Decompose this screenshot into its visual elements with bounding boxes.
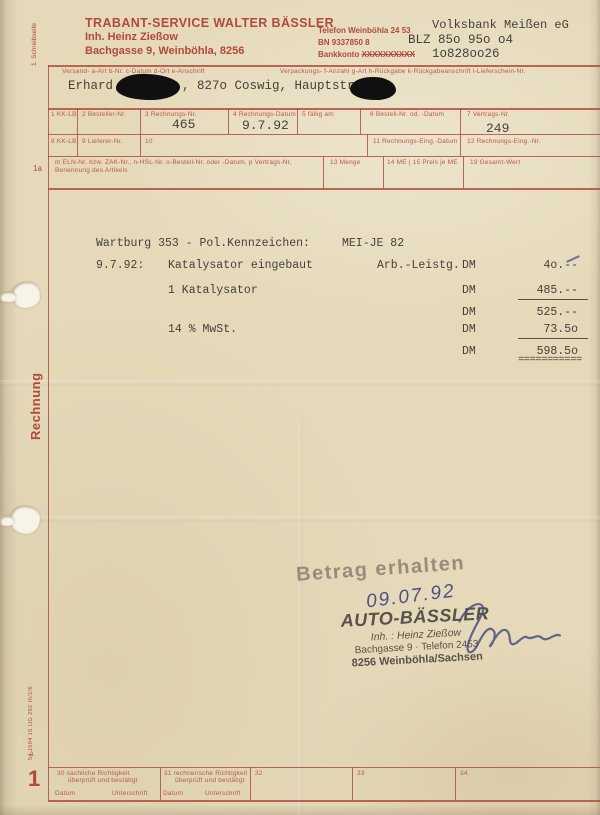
grid-line [463, 156, 464, 188]
company-bn: BN 9337850 8 [318, 38, 370, 47]
field-kklb-2: 8 KK-LB [51, 138, 77, 145]
margin-page-number: 1 [28, 766, 40, 792]
value-rechnungs-nr: 465 [172, 117, 195, 132]
field-30-line2: überprüft und bestätigt [68, 777, 138, 784]
field-preis-je-me: 14 ME | 15 Preis je ME [387, 159, 458, 166]
field-rechnungs-eing-datum: 11 Rechnungs-Eing.-Datum [373, 138, 458, 145]
item2-description: 1 Katalysator [168, 284, 258, 297]
grid-line [77, 134, 78, 156]
field-rechnungs-eing-nr: 12 Rechnungs-Eing.-Nr. [467, 138, 541, 145]
grid-line [352, 767, 353, 800]
field-33: 33 [357, 770, 365, 777]
total-double-rule: =========== [518, 354, 582, 366]
field-menge: 13 Menge [330, 159, 361, 166]
punch-hole-tear [0, 292, 16, 302]
field-besteller-nr: 2 Besteller-Nr. [82, 111, 126, 118]
field-rechnungs-datum: 4 Rechnungs-Datum [233, 111, 296, 118]
currency-dm: DM [462, 306, 476, 319]
grid-line [367, 134, 368, 156]
handwritten-signature [444, 574, 570, 678]
grid-line [48, 800, 600, 802]
grid-line [455, 767, 456, 800]
field-30-datum: Datum [55, 790, 75, 797]
value-rechnungs-datum: 9.7.92 [242, 118, 289, 133]
form-left-border [48, 65, 49, 801]
recipient-name: Erhard [68, 79, 113, 93]
grid-line [48, 108, 600, 110]
field-10: 10 [145, 138, 153, 145]
field-vertrags-nr: 7 Vertrags-Nr. [467, 111, 510, 118]
divider-line [48, 65, 600, 67]
scanned-invoice-page: TRABANT-SERVICE WALTER BÄSSLER Inh. Hein… [0, 0, 600, 815]
grid-line [228, 108, 229, 134]
doc-type-rechnung: Rechnung [28, 372, 43, 440]
vat-amount: 73.5o [500, 323, 578, 336]
field-bestell-nr: 6 Bestell-Nr. od. -Datum [370, 111, 444, 118]
service-date: 9.7.92: [96, 259, 144, 272]
field-31-line1: 31 rechnerische Richtigkeit [164, 770, 247, 777]
field-32: 32 [255, 770, 263, 777]
redaction-blob [116, 73, 181, 101]
bank-blz-typed: BLZ 85o 95o o4 [408, 33, 513, 47]
grid-line [48, 767, 600, 768]
grid-line [140, 134, 141, 156]
subtotal-amount: 525.-- [500, 306, 578, 319]
grid-line [48, 134, 600, 135]
vehicle-line: Wartburg 353 - Pol.Kennzeichen: [96, 237, 310, 250]
field-34: 34 [460, 770, 468, 777]
grid-line [160, 767, 161, 800]
item1-description: Katalysator eingebaut [168, 259, 313, 272]
punch-hole-tear [0, 516, 14, 526]
margin-line3: 3. [30, 752, 35, 758]
currency-dm: DM [462, 284, 476, 297]
grid-line [360, 108, 361, 134]
grid-line [250, 767, 251, 800]
field-artikel-line1: m ELN-Nr. bzw. ZAK-Nr., n-HSL-Nr. o-Best… [55, 159, 292, 166]
bank-account-label: Bankkonto [318, 50, 359, 59]
punch-hole [12, 282, 40, 308]
paper-crease [298, 420, 303, 815]
grid-line [77, 108, 78, 134]
field-kklb: 1 KK-LB [51, 111, 77, 118]
vat-label: 14 % MwSt. [168, 323, 237, 336]
recipient-address: , 827o Coswig, Hauptstr. [182, 79, 362, 93]
company-owner: Inh. Heinz Zießow [85, 31, 178, 43]
company-address: Bachgasse 9, Weinböhla, 8256 [85, 45, 244, 57]
license-plate: MEI-JE 82 [342, 237, 404, 250]
grid-line [383, 156, 384, 188]
margin-section-1a: 1a [33, 164, 42, 173]
grid-line [323, 156, 324, 188]
bank-account-typed: 1o828oo26 [432, 47, 500, 61]
field-31-unterschrift: Unterschrift [205, 790, 241, 797]
amount-underline [518, 299, 588, 300]
margin-schreibseite: 1. Schreibseite [31, 23, 38, 66]
grid-line [460, 108, 461, 134]
punch-hole [10, 506, 40, 534]
field-faellig-am: 5 fällig am [302, 111, 334, 118]
field-31-datum: Datum [163, 790, 183, 797]
margin-print-code: 54 1594 15 IJG 292 III/2/6 [28, 686, 34, 760]
field-30-unterschrift: Unterschrift [112, 790, 148, 797]
grid-line [140, 108, 141, 134]
grid-line [460, 134, 461, 156]
currency-dm: DM [462, 259, 476, 272]
field-31-line2: überprüft und bestätigt [175, 777, 245, 784]
bank-account-struck: XXXXXXXXXX [362, 50, 415, 59]
company-phone: Telefon Weinböhla 24 53 [318, 26, 411, 35]
bank-name-typed: Volksbank Meißen eG [432, 18, 569, 32]
amount-underline [518, 338, 588, 339]
item1-note: Arb.-Leistg. [377, 259, 460, 272]
field-artikel-line2: Benennung des Artikels [55, 167, 128, 174]
item2-amount: 485.-- [500, 284, 578, 297]
company-name: TRABANT-SERVICE WALTER BÄSSLER [85, 16, 334, 30]
field-lieferer-nr: 9 Lieferer-Nr. [82, 138, 123, 145]
currency-dm: DM [462, 345, 476, 358]
grid-line [48, 156, 600, 157]
paper-crease [0, 380, 600, 386]
value-vertrags-nr: 249 [486, 121, 509, 136]
field-30-line1: 30 sachliche Richtigkeit [57, 770, 130, 777]
field-gesamt-wert: 19 Gesamt-Wert [470, 159, 520, 166]
currency-dm: DM [462, 323, 476, 336]
redaction-blob [350, 77, 396, 100]
verpackung-descriptor: Verpackungs- f-Anzahl g-Art h-Rückgabe k… [280, 68, 526, 75]
grid-line [297, 108, 298, 134]
grid-line [48, 188, 600, 190]
